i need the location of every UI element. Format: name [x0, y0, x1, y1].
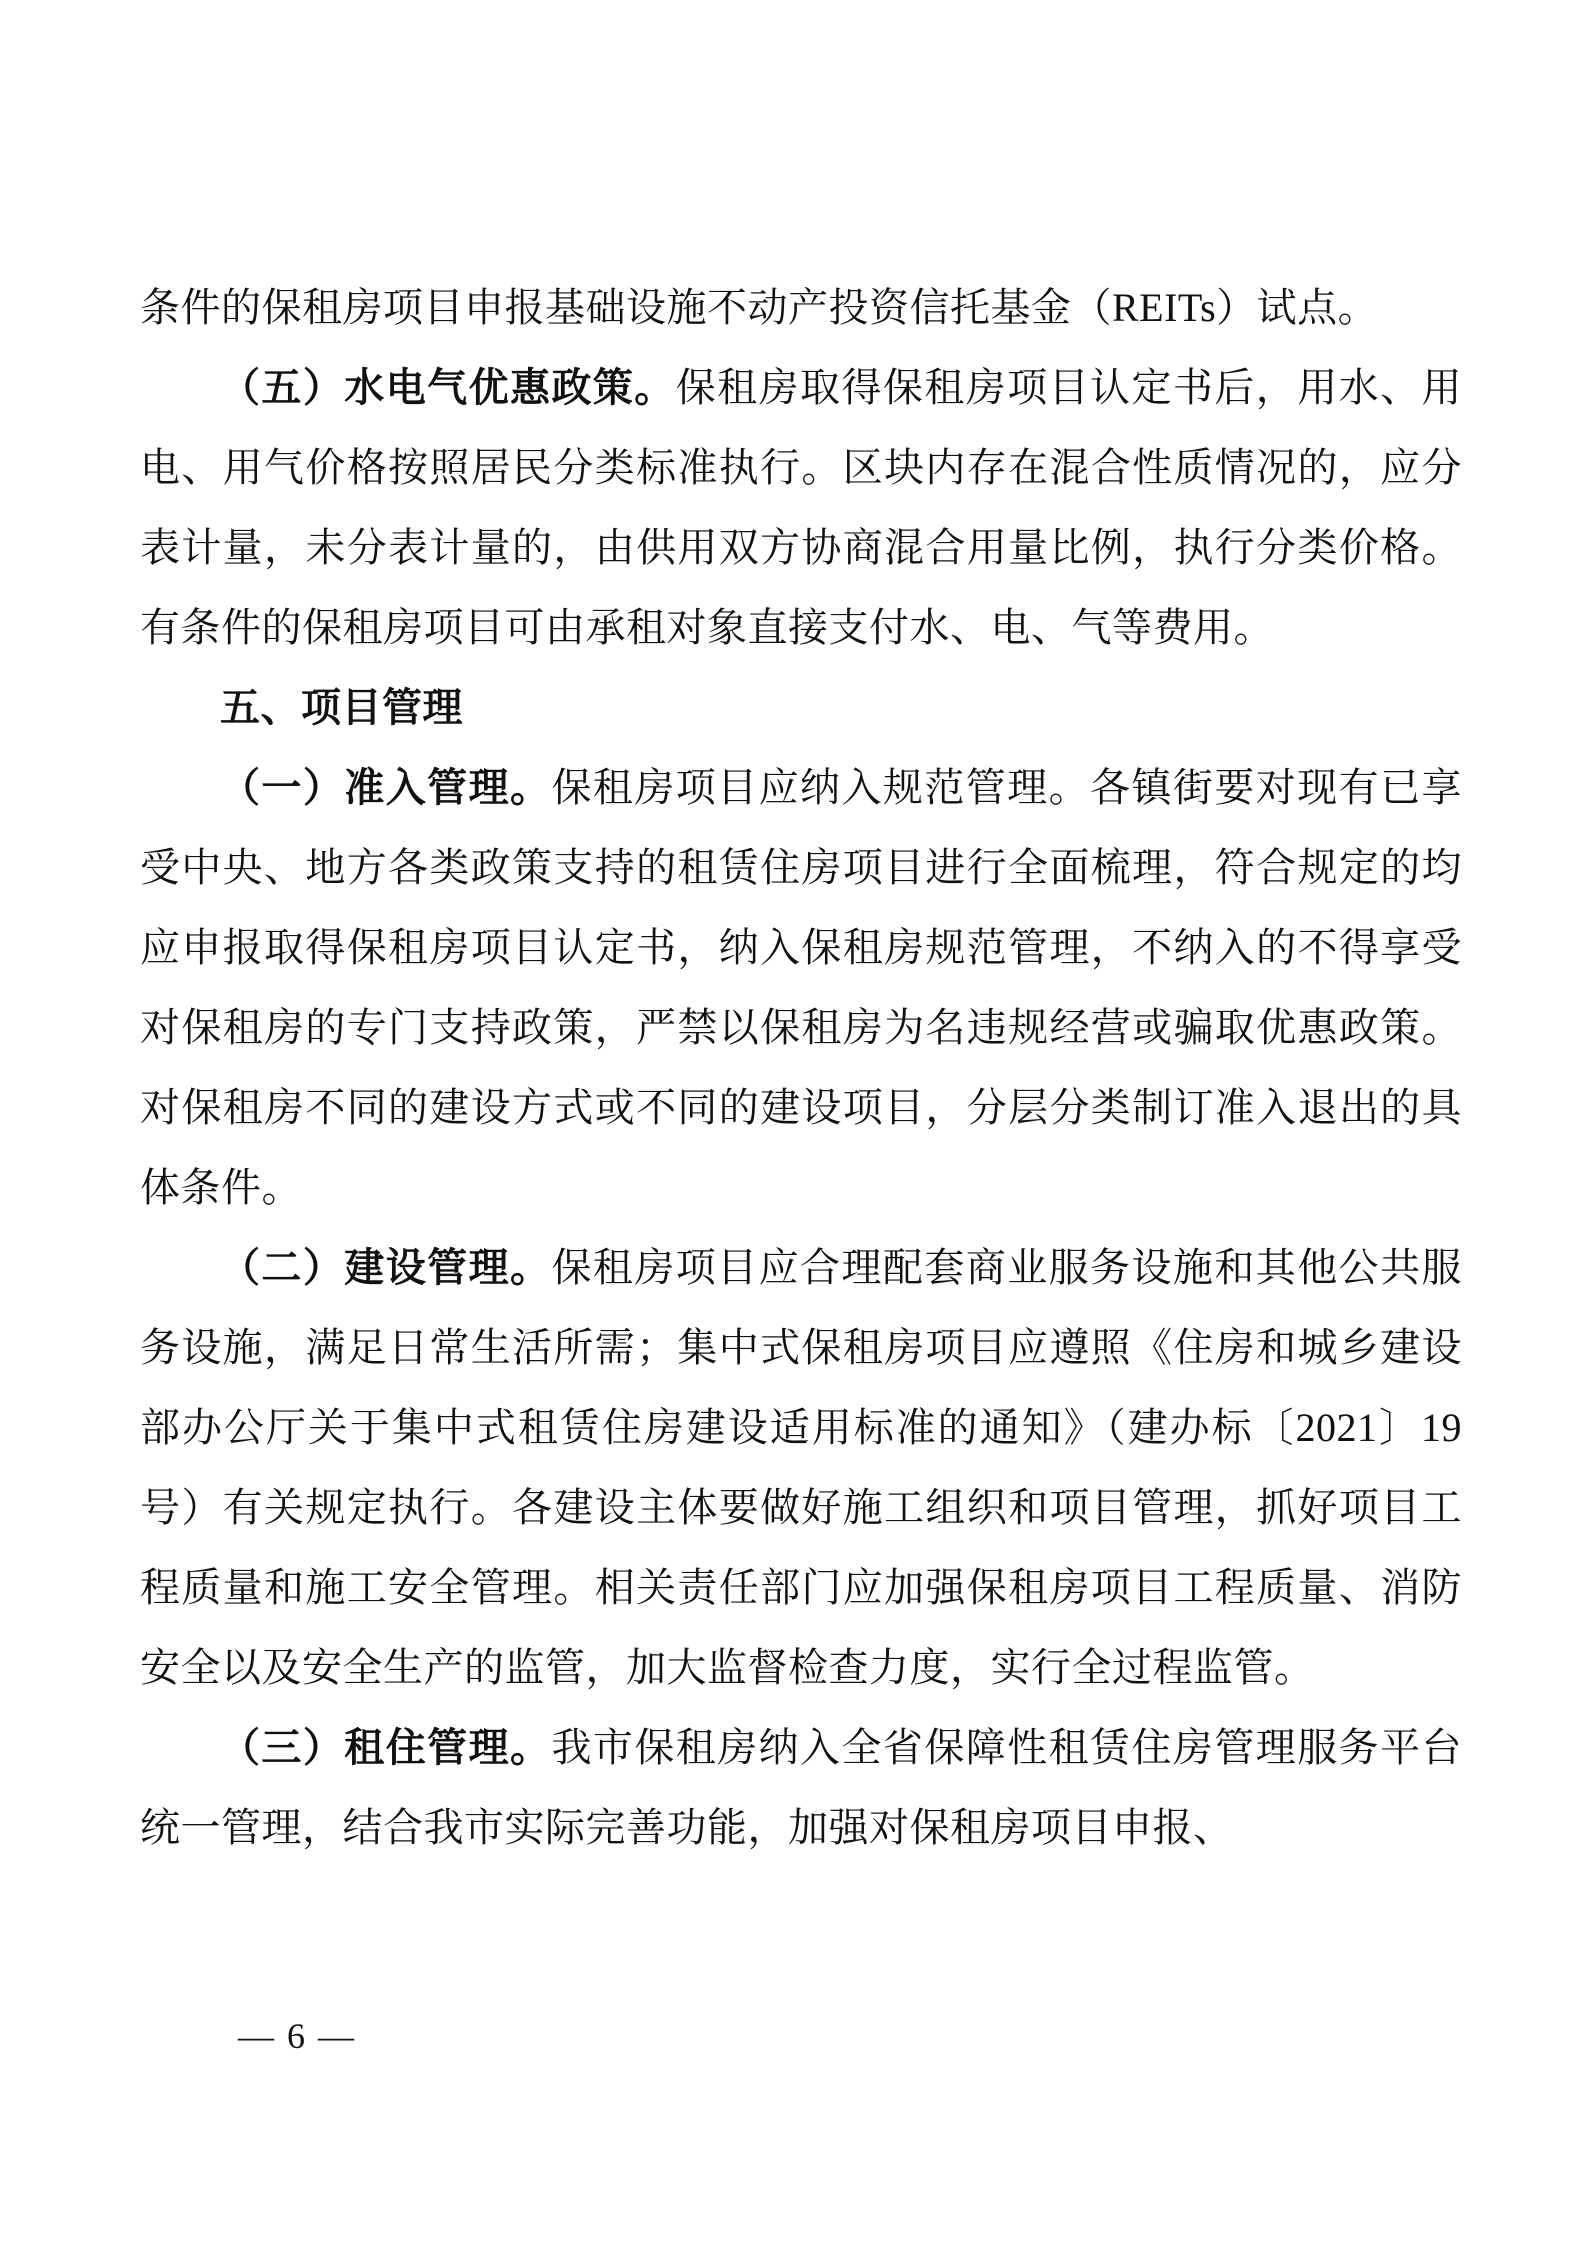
- page-footer: — 6 —: [238, 2012, 356, 2060]
- paragraph-lead: （一）准入管理。: [220, 765, 551, 810]
- paragraph: 条件的保租房项目申报基础设施不动产投资信托基金（REITs）试点。: [140, 268, 1462, 348]
- page-number: — 6 —: [238, 2016, 356, 2056]
- paragraph-text: 保租房项目应合理配套商业服务设施和其他公共服务设施，满足日常生活所需；集中式保租…: [140, 1245, 1462, 1690]
- paragraph-lead: （三）租住管理。: [220, 1725, 551, 1770]
- document-body: 条件的保租房项目申报基础设施不动产投资信托基金（REITs）试点。（五）水电气优…: [140, 268, 1462, 1868]
- paragraph: （五）水电气优惠政策。保租房取得保租房项目认定书后，用水、用电、用气价格按照居民…: [140, 348, 1462, 668]
- paragraph: （三）租住管理。我市保租房纳入全省保障性租赁住房管理服务平台统一管理，结合我市实…: [140, 1708, 1462, 1868]
- paragraph: （二）建设管理。保租房项目应合理配套商业服务设施和其他公共服务设施，满足日常生活…: [140, 1228, 1462, 1708]
- paragraph-lead: （五）水电气优惠政策。: [220, 365, 676, 410]
- paragraph-text: 保租房项目应纳入规范管理。各镇街要对现有已享受中央、地方各类政策支持的租赁住房项…: [140, 765, 1462, 1210]
- document-page: 条件的保租房项目申报基础设施不动产投资信托基金（REITs）试点。（五）水电气优…: [0, 0, 1587, 2245]
- paragraph: （一）准入管理。保租房项目应纳入规范管理。各镇街要对现有已享受中央、地方各类政策…: [140, 748, 1462, 1228]
- section-heading: 五、项目管理: [140, 668, 1462, 748]
- paragraph-text: 条件的保租房项目申报基础设施不动产投资信托基金（REITs）试点。: [140, 285, 1378, 330]
- paragraph-lead: （二）建设管理。: [220, 1245, 551, 1290]
